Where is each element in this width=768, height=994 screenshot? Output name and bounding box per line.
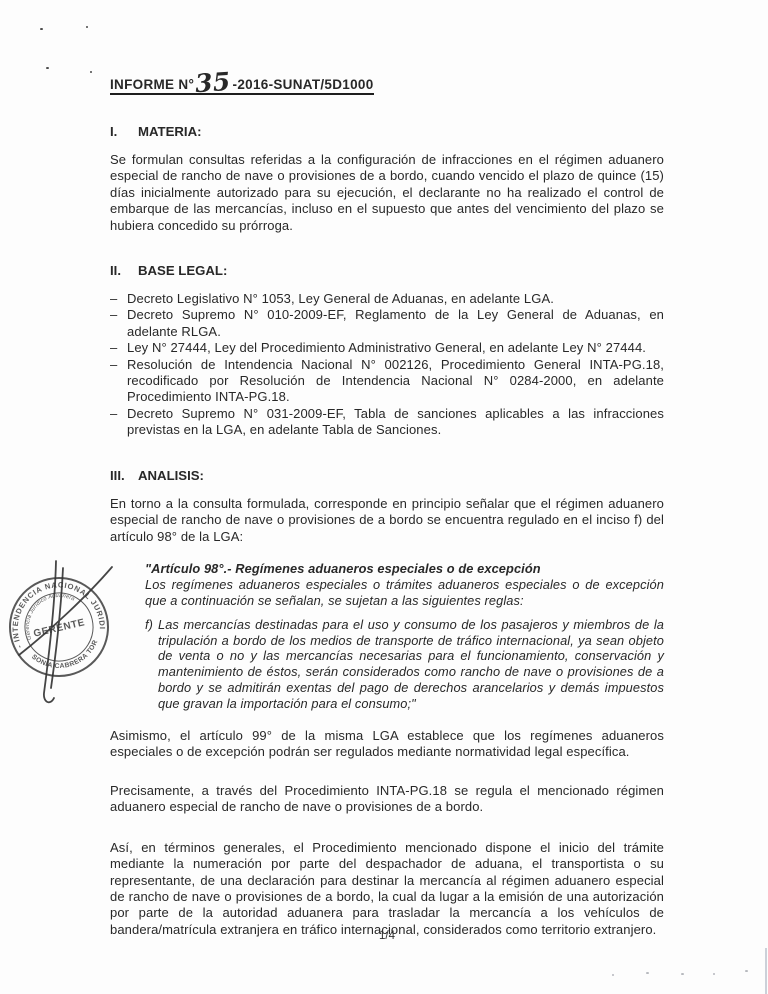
- list-item-text: Ley N° 27444, Ley del Procedimiento Admi…: [127, 340, 664, 356]
- base-legal-list: – Decreto Legislativo N° 1053, Ley Gener…: [110, 291, 664, 439]
- dash-bullet: –: [110, 340, 127, 356]
- page-number: 1/4: [110, 930, 664, 942]
- title-prefix: INFORME N°: [110, 77, 194, 92]
- stamp-svg: - INTENDENCIA NACIONAL JURIDICA - SONIA …: [0, 553, 126, 728]
- materia-paragraph: Se formulan consultas referidas a la con…: [110, 152, 664, 234]
- scanned-document-page: INFORME N°35-2016-SUNAT/5D1000 I. MATERI…: [0, 0, 768, 994]
- scan-edge-artifact: [765, 948, 767, 994]
- legal-quote-block: "Artículo 98°.- Regímenes aduaneros espe…: [145, 561, 664, 712]
- svg-text:- INTENDENCIA NACIONAL JURIDIC: - INTENDENCIA NACIONAL JURIDICA -: [0, 553, 108, 654]
- scan-speck: [646, 972, 649, 974]
- list-item-text: Decreto Supremo N° 031-2009-EF, Tabla de…: [127, 406, 664, 439]
- official-stamp: - INTENDENCIA NACIONAL JURIDICA - SONIA …: [0, 553, 126, 728]
- section-number: II.: [110, 263, 138, 278]
- dash-bullet: –: [110, 357, 127, 406]
- scan-speck: [681, 973, 684, 975]
- dash-bullet: –: [110, 291, 127, 307]
- section-number: I.: [110, 124, 138, 139]
- analisis-paragraph-3: Precisamente, a través del Procedimiento…: [110, 783, 664, 816]
- stamp-center-text: GERENTE: [33, 617, 87, 640]
- scan-speck: [90, 71, 92, 73]
- quote-article-body: Los regímenes aduaneros especiales o trá…: [145, 577, 664, 609]
- stamp-inner-text: Gerencia Jurídico Aduanera: [18, 589, 82, 641]
- section-label: MATERIA:: [138, 124, 201, 139]
- section-heading-materia: I. MATERIA:: [110, 124, 664, 139]
- stamp-seal: - INTENDENCIA NACIONAL JURIDICA - SONIA …: [0, 553, 118, 689]
- section-label: ANALISIS:: [138, 468, 204, 483]
- document-title: INFORME N°35-2016-SUNAT/5D1000: [110, 76, 374, 95]
- section-heading-analisis: III. ANALISIS:: [110, 468, 664, 483]
- analisis-paragraph-4: Así, en términos generales, el Procedimi…: [110, 840, 664, 938]
- section-number: III.: [110, 468, 138, 483]
- document-content: INFORME N°35-2016-SUNAT/5D1000 I. MATERI…: [110, 76, 664, 954]
- quote-item-label: f): [145, 617, 158, 712]
- scan-speck: [713, 973, 715, 975]
- svg-text:SONIA CABRERA TORRIANI: SONIA CABRERA TORRIANI: [0, 553, 104, 683]
- section-label: BASE LEGAL:: [138, 263, 227, 278]
- list-item-text: Decreto Legislativo N° 1053, Ley General…: [127, 291, 664, 307]
- scan-speck: [745, 970, 748, 972]
- dash-bullet: –: [110, 406, 127, 439]
- list-item-text: Decreto Supremo N° 010-2009-EF, Reglamen…: [127, 307, 664, 340]
- signature-strokes: [19, 561, 112, 702]
- quote-item-text: Las mercancías destinadas para el uso y …: [158, 617, 664, 712]
- stamp-outer-text: - INTENDENCIA NACIONAL JURIDICA -: [0, 553, 108, 654]
- title-suffix: -2016-SUNAT/5D1000: [233, 77, 374, 92]
- list-item: – Decreto Supremo N° 010-2009-EF, Reglam…: [110, 307, 664, 340]
- analisis-paragraph-2: Asimismo, el artículo 99° de la misma LG…: [110, 728, 664, 761]
- scan-speck: [86, 26, 88, 28]
- list-item: – Resolución de Intendencia Nacional N° …: [110, 357, 664, 406]
- stamp-bottom-text: SONIA CABRERA TORRIANI: [0, 553, 104, 683]
- dash-bullet: –: [110, 307, 127, 340]
- list-item: – Decreto Legislativo N° 1053, Ley Gener…: [110, 291, 664, 307]
- list-item-text: Resolución de Intendencia Nacional N° 00…: [127, 357, 664, 406]
- section-heading-base-legal: II. BASE LEGAL:: [110, 263, 664, 278]
- svg-text:Gerencia Jurídico Aduanera: Gerencia Jurídico Aduanera: [18, 589, 82, 641]
- quote-article-heading: "Artículo 98°.- Regímenes aduaneros espe…: [145, 561, 664, 577]
- scan-speck: [612, 974, 614, 976]
- quote-item-f: f) Las mercancías destinadas para el uso…: [145, 617, 664, 712]
- list-item: – Decreto Supremo N° 031-2009-EF, Tabla …: [110, 406, 664, 439]
- analisis-intro-paragraph: En torno a la consulta formulada, corres…: [110, 496, 664, 545]
- scan-speck: [46, 67, 49, 69]
- handwritten-report-number: 35: [195, 77, 231, 89]
- scan-speck: [40, 28, 43, 30]
- list-item: – Ley N° 27444, Ley del Procedimiento Ad…: [110, 340, 664, 356]
